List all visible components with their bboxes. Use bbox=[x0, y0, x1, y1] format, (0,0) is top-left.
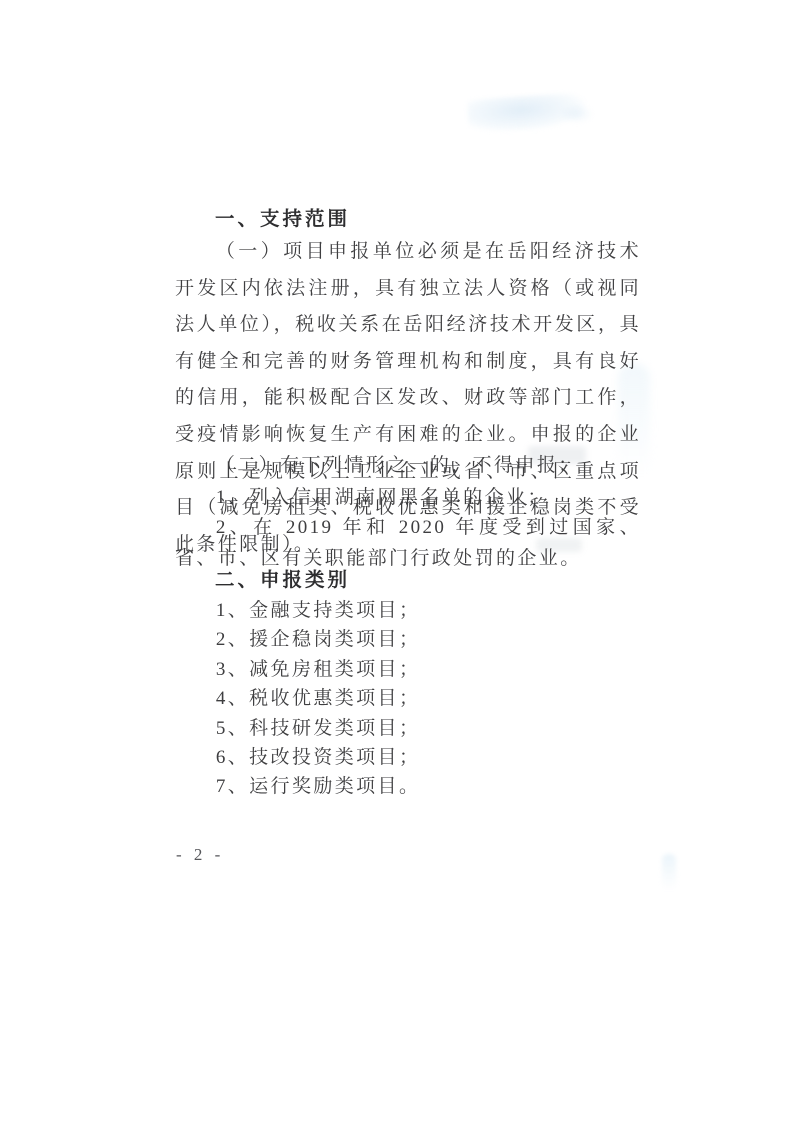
list-item: 6、技改投资类项目； bbox=[175, 743, 641, 772]
section-1-heading: 一、支持范围 bbox=[215, 203, 350, 231]
list-item: 7、运行奖励类项目。 bbox=[175, 772, 641, 801]
section-1-item-1: 1、列入信用湖南网黑名单的企业； bbox=[175, 483, 641, 513]
list-item: 4、税收优惠类项目； bbox=[175, 684, 641, 713]
list-item: 2、援企稳岗类项目； bbox=[175, 625, 641, 654]
scan-smudge-blue-top bbox=[467, 92, 587, 134]
page-number: - 2 - bbox=[176, 845, 224, 865]
list-item: 3、减免房租类项目； bbox=[175, 655, 641, 684]
section-2-heading: 二、申报类别 bbox=[215, 564, 350, 592]
section-1-paragraph-2: （二）有下列情形之一的，不得申报： bbox=[175, 451, 641, 481]
list-item: 5、科技研发类项目； bbox=[175, 714, 641, 743]
scanned-document-page: 一、支持范围 （一）项目申报单位必须是在岳阳经济技术开发区内依法注册，具有独立法… bbox=[0, 0, 793, 1122]
category-list: 1、金融支持类项目； 2、援企稳岗类项目； 3、减免房租类项目； 4、税收优惠类… bbox=[175, 596, 641, 802]
list-item: 1、金融支持类项目； bbox=[175, 596, 641, 625]
scan-smudge-blue-wisp bbox=[560, 104, 594, 124]
scan-smudge-blue-bottom bbox=[662, 854, 676, 896]
